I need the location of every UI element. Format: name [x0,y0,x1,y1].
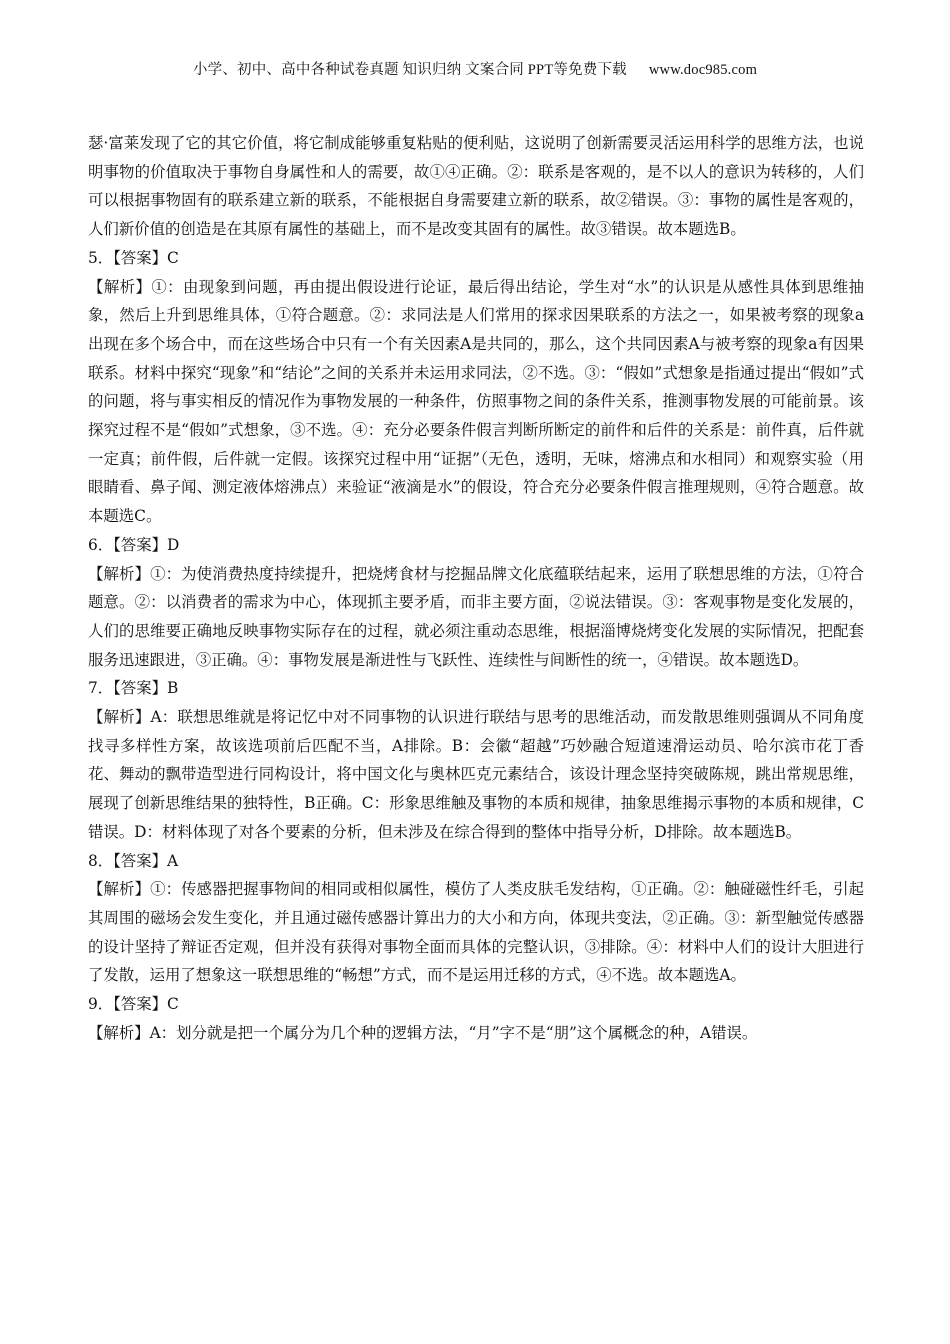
answer-heading-5: 5．【答案】C [88,244,864,273]
analysis-paragraph-5: 【解析】①：由现象到问题，再由提出假设进行论证，最后得出结论，学生对“水”的认识… [88,273,864,531]
answer-heading-8: 8．【答案】A [88,847,864,876]
analysis-paragraph-7: 【解析】A：联想思维就是将记忆中对不同事物的认识进行联结与思考的思维活动，而发散… [88,703,864,847]
page-header: 小学、初中、高中各种试卷真题 知识归纳 文案合同 PPT等免费下载www.doc… [0,58,950,79]
continued-analysis-paragraph: 瑟·富莱发现了它的其它价值，将它制成能够重复粘贴的便利贴，这说明了创新需要灵活运… [88,129,864,244]
header-title: 小学、初中、高中各种试卷真题 知识归纳 文案合同 PPT等免费下载 [193,62,627,78]
analysis-paragraph-6: 【解析】①：为使消费热度持续提升，把烧烤食材与挖掘品牌文化底蕴联结起来，运用了联… [88,560,864,675]
analysis-paragraph-8: 【解析】①：传感器把握事物间的相同或相似属性，模仿了人类皮肤毛发结构，①正确。②… [88,875,864,990]
answer-heading-7: 7．【答案】B [88,674,864,703]
answer-heading-6: 6．【答案】D [88,531,864,560]
answer-heading-9: 9．【答案】C [88,990,864,1019]
header-site-link[interactable]: www.doc985.com [649,62,757,78]
document-body: 瑟·富莱发现了它的其它价值，将它制成能够重复粘贴的便利贴，这说明了创新需要灵活运… [88,129,864,1048]
analysis-paragraph-9: 【解析】A：划分就是把一个属分为几个种的逻辑方法，“月”字不是“朋”这个属概念的… [88,1019,864,1048]
